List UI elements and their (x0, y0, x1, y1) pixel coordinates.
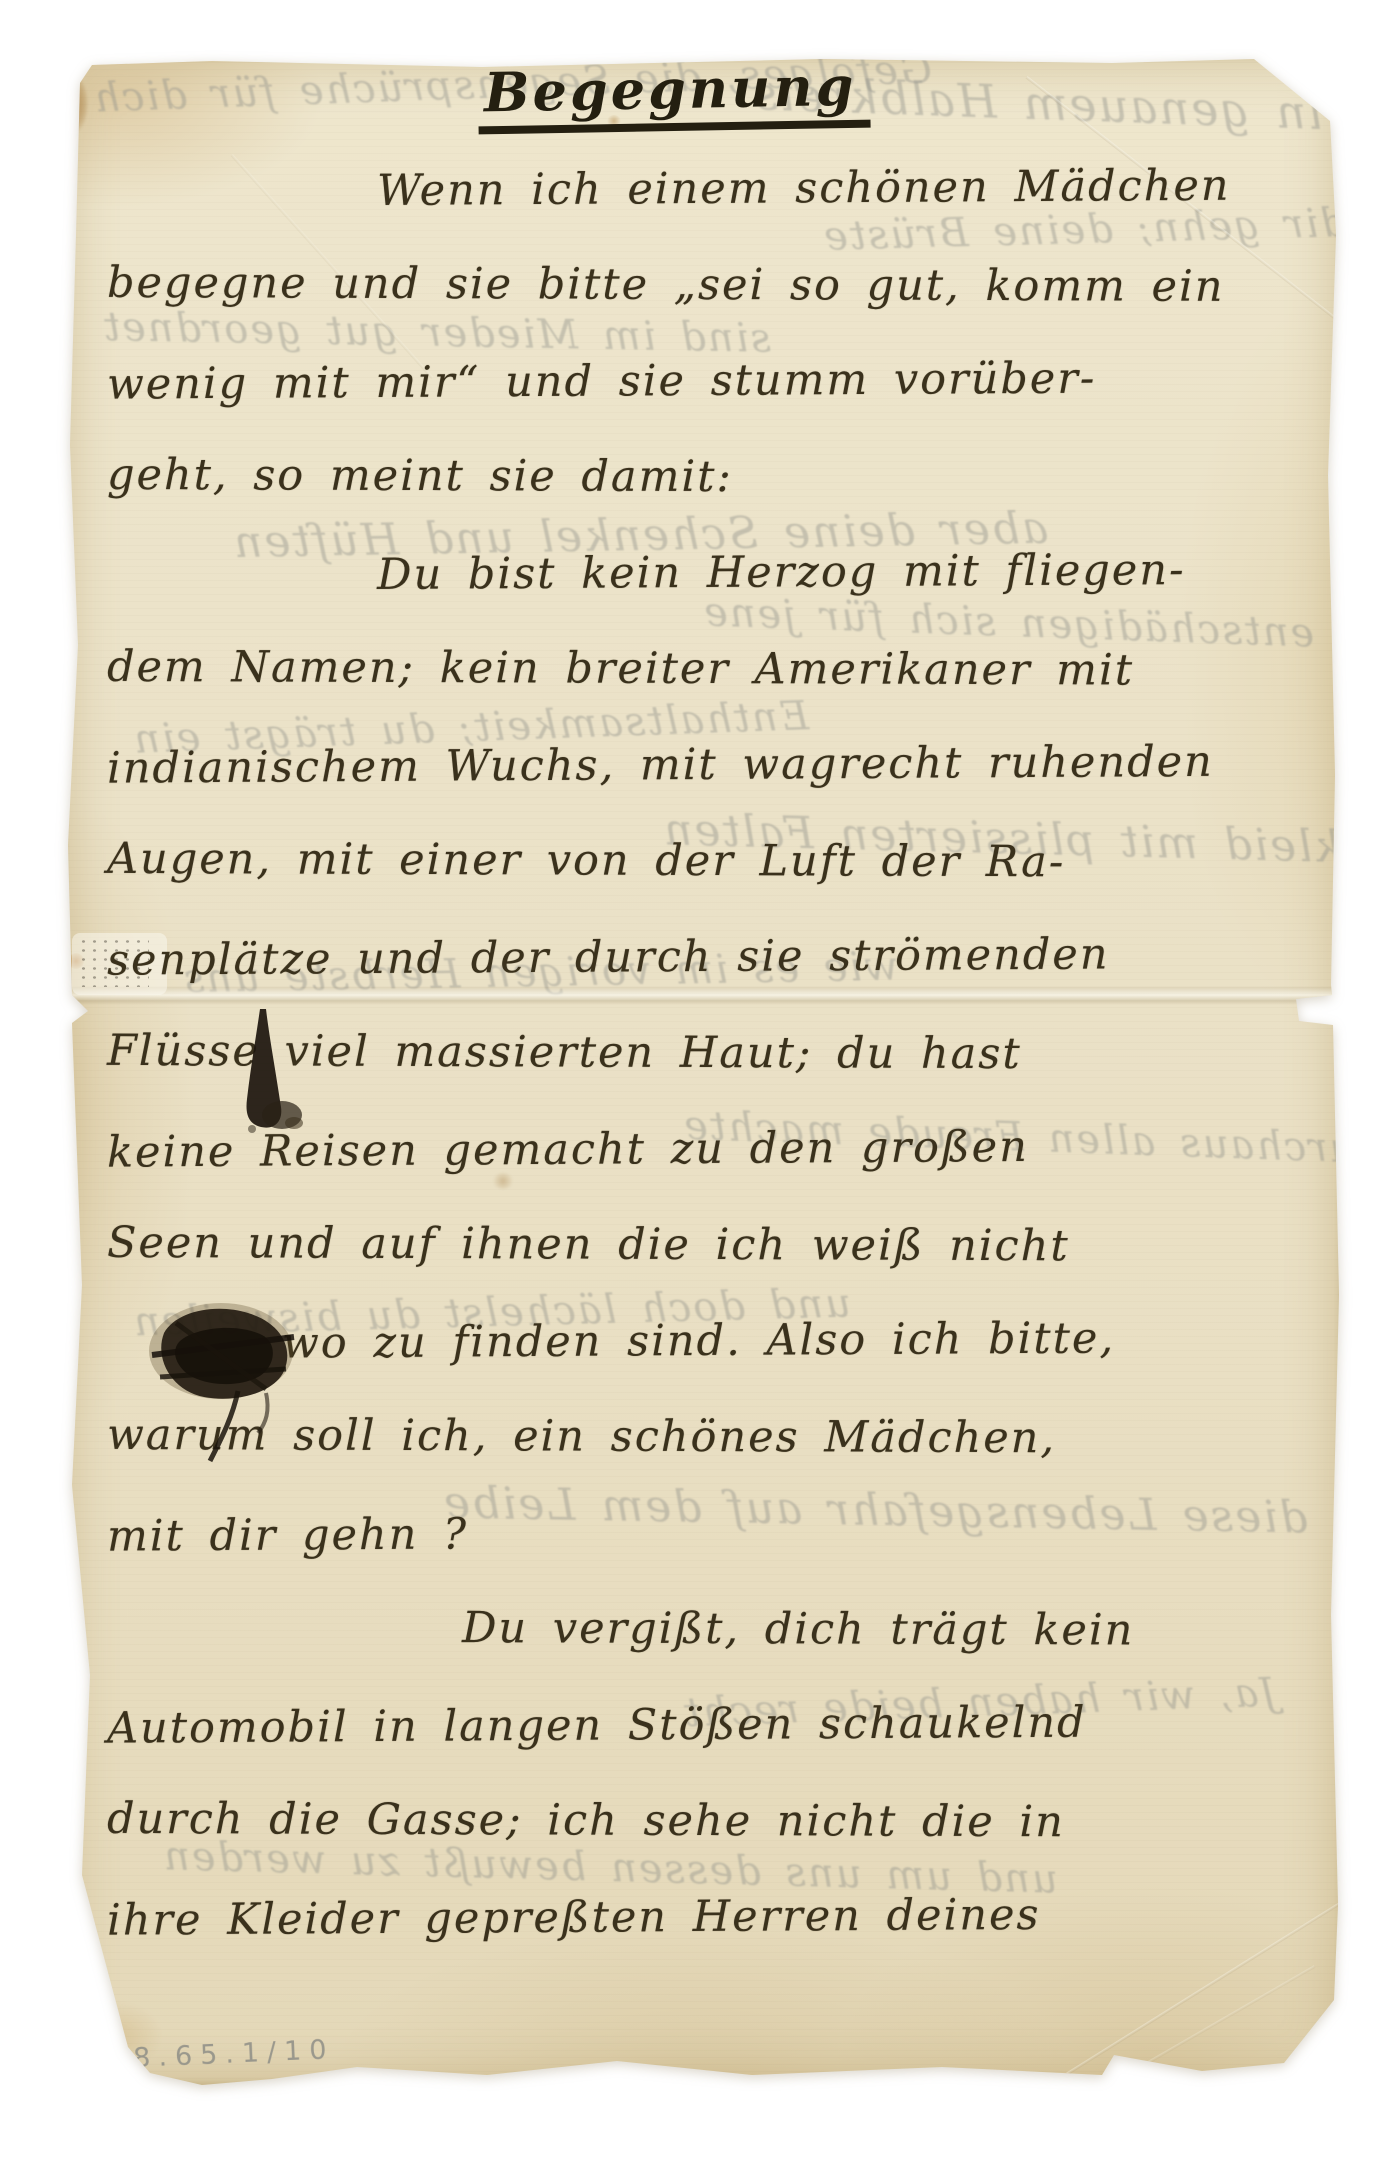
manuscript-line: Augen, mit einer von der Luft der Ra- (107, 811, 1292, 911)
manuscript-line: durch die Gasse; ich sehe nicht die in (107, 1771, 1292, 1871)
manuscript-line: Wenn ich einem schönen Mädchen (107, 137, 1293, 240)
manuscript-line: mit dir gehn ? (107, 1481, 1293, 1584)
manuscript-line: senplätze und der durch sie strömenden (107, 905, 1293, 1008)
manuscript-line: Du bist kein Herzog mit fliegen- (107, 521, 1293, 624)
manuscript-line: dem Namen; kein breiter Amerikaner mit (107, 619, 1292, 719)
manuscript-line: indianischem Wuchs, mit wagrecht ruhende… (107, 713, 1293, 816)
manuscript-line: ihre Kleider gepreßten Herren deines (107, 1865, 1293, 1968)
scan-background: { "document": { "title": "Begegnung", "l… (0, 0, 1400, 2157)
manuscript-title: Begegnung (477, 54, 871, 135)
manuscript-line: geht, so meint sie damit: (107, 427, 1292, 527)
scribbled-out-word (146, 1293, 306, 1468)
manuscript-line: wenig mit mir“ und sie stumm vorüber- (107, 329, 1293, 432)
crease-line (1089, 1965, 1316, 2098)
manuscript-line: Automobil in langen Stößen schaukelnd (107, 1673, 1293, 1776)
paper-sheet: Gefolges, die Segensprüche für dich murm… (62, 55, 1342, 2085)
manuscript-page: Gefolges, die Segensprüche für dich murm… (62, 55, 1342, 2085)
inventory-number: 08.65.1/10 (107, 2034, 335, 2075)
ink-smear (230, 1007, 310, 1142)
manuscript-line: Seen und auf ihnen die ich weiß nicht (107, 1195, 1292, 1295)
manuscript-line: Du vergißt, dich trägt kein (107, 1579, 1292, 1679)
manuscript-line: begegne und sie bitte „sei so gut, komm … (107, 235, 1292, 335)
